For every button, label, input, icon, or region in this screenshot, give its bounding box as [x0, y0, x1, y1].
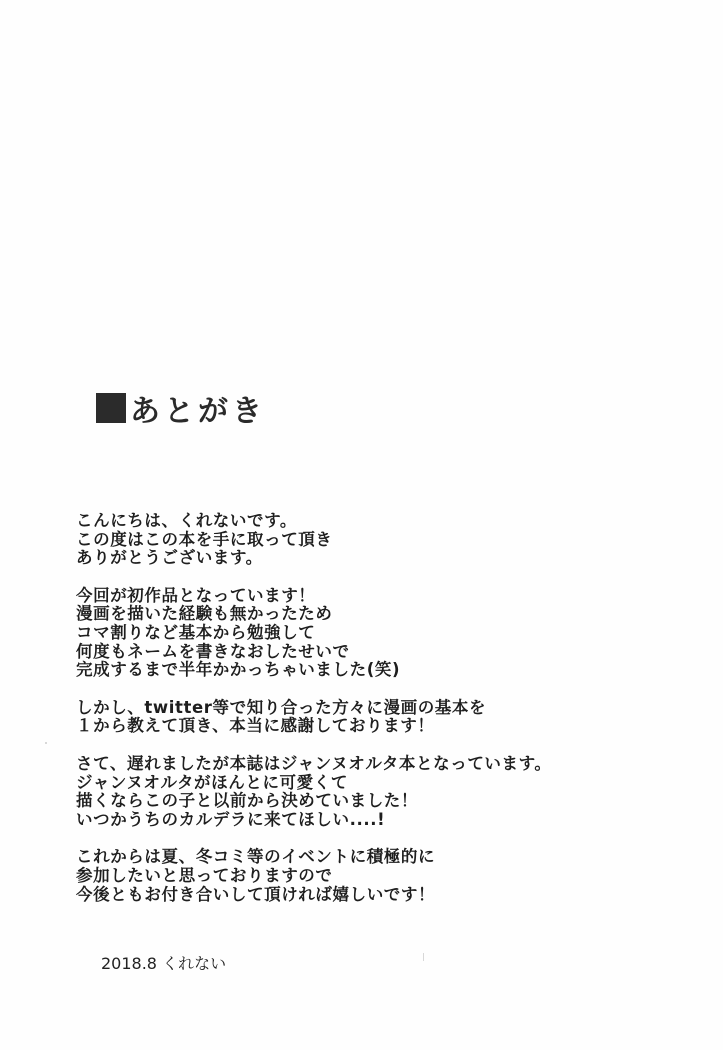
text-line: 今回が初作品となっています！ — [76, 587, 696, 606]
square-bullet-icon — [96, 393, 126, 423]
paragraph-subject: さて、遅れましたが本誌はジャンヌオルタ本となっています。 ジャンヌオルタがほんと… — [76, 755, 696, 829]
afterword-page: あとがき こんにちは、くれないです。 この度はこの本を手に取って頂き ありがとう… — [0, 0, 723, 1050]
text-line: １から教えて頂き、本当に感謝しております！ — [76, 717, 696, 736]
text-line: いつかうちのカルデラに来てほしい....! — [76, 811, 696, 830]
text-line: ジャンヌオルタがほんとに可愛くて — [76, 774, 696, 793]
heading-title: あとがき — [130, 386, 266, 430]
paragraph-greeting: こんにちは、くれないです。 この度はこの本を手に取って頂き ありがとうございます… — [76, 512, 696, 568]
text-line: さて、遅れましたが本誌はジャンヌオルタ本となっています。 — [76, 755, 696, 774]
paragraph-thanks: しかし、twitter等で知り合った方々に漫画の基本を １から教えて頂き、本当に… — [76, 699, 696, 736]
text-line: ありがとうございます。 — [76, 549, 696, 568]
text-line: しかし、twitter等で知り合った方々に漫画の基本を — [76, 699, 696, 718]
text-line: 何度もネームを書きなおしたせいで — [76, 643, 696, 662]
text-line: コマ割りなど基本から勉強して — [76, 624, 696, 643]
scan-speck — [423, 953, 424, 961]
scan-speck — [45, 742, 47, 744]
text-line: こんにちは、くれないです。 — [76, 512, 696, 531]
text-line: この度はこの本を手に取って頂き — [76, 531, 696, 550]
paragraph-future: これからは夏、冬コミ等のイベントに積極的に 参加したいと思っておりますので 今後… — [76, 848, 696, 904]
text-line: 参加したいと思っておりますので — [76, 867, 696, 886]
text-line: 完成するまで半年かかっちゃいました(笑) — [76, 661, 696, 680]
afterword-heading: あとがき — [96, 388, 266, 428]
afterword-body: こんにちは、くれないです。 この度はこの本を手に取って頂き ありがとうございます… — [76, 512, 696, 923]
signature: 2018.8 くれない — [101, 951, 226, 974]
paragraph-first-work: 今回が初作品となっています！ 漫画を描いた経験も無かったため コマ割りなど基本か… — [76, 587, 696, 680]
text-line: 今後ともお付き合いして頂ければ嬉しいです！ — [76, 886, 696, 905]
text-line: 描くならこの子と以前から決めていました！ — [76, 792, 696, 811]
text-line: 漫画を描いた経験も無かったため — [76, 605, 696, 624]
text-line: これからは夏、冬コミ等のイベントに積極的に — [76, 848, 696, 867]
